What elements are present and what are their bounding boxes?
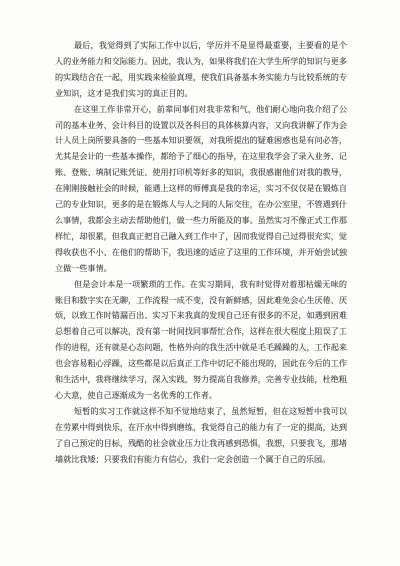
paragraph-conclusion-ability: 最后，我觉得到了实际工作中以后，学历并不是显得最重要，主要看的是个人的业务能力和…	[55, 38, 347, 102]
paragraph-work-experience: 在这里工作非常开心，前辈同事们对我非常和气，他们耐心地向我介绍了公司的基本业务、…	[55, 102, 347, 277]
paragraph-closing: 短暂的实习工作就这样不知不觉地结束了，虽然短暂，但在这短暂中我可以在劳累中得到快…	[55, 404, 347, 468]
document-text-block: 最后，我觉得到了实际工作中以后，学历并不是显得最重要，主要看的是个人的业务能力和…	[55, 38, 347, 467]
document-page: 最后，我觉得到了实际工作中以后，学历并不是显得最重要，主要看的是个人的业务能力和…	[0, 0, 400, 566]
paragraph-shortcomings: 但是会计本是一项繁琐的工作。在实习期间，我有时觉得对着那枯燥无味的账目和数字实在…	[55, 277, 347, 404]
